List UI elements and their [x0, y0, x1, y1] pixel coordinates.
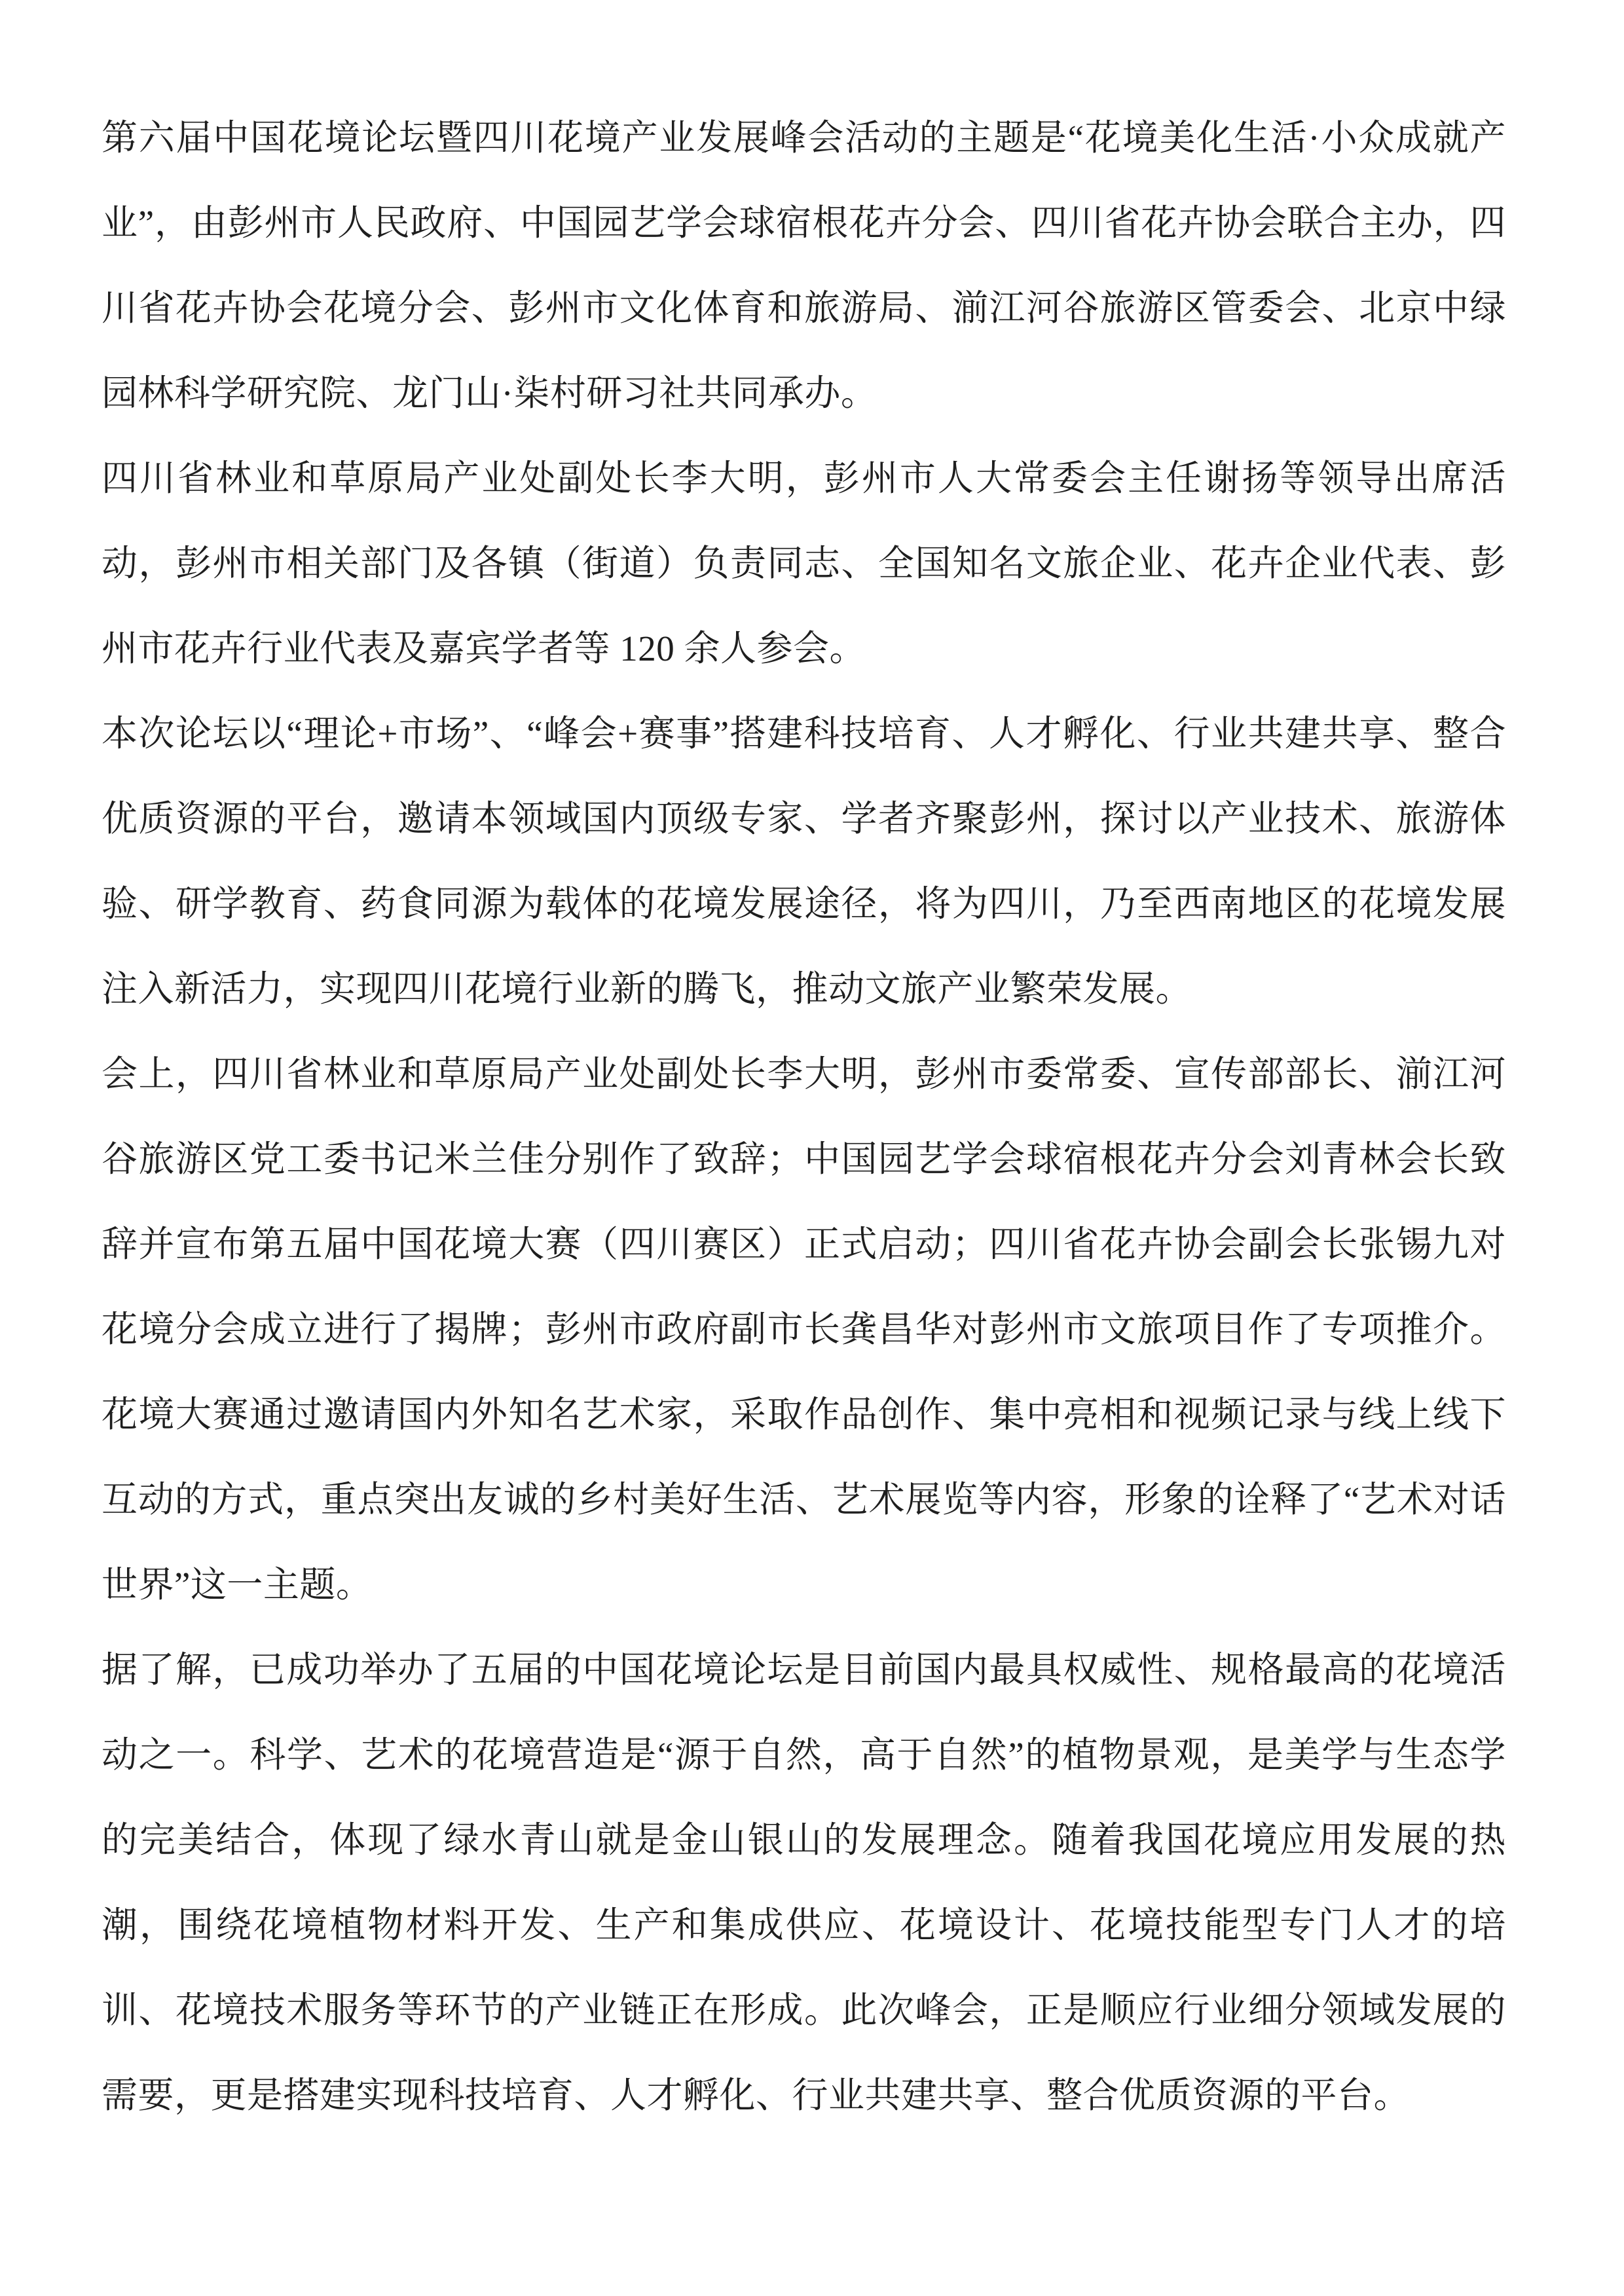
paragraph-attendees: 四川省林业和草原局产业处副处长李大明，彭州市人大常委会主任谢扬等领导出席活动，彭…: [101, 436, 1506, 691]
paragraph-forum-platform: 本次论坛以“理论+市场”、“峰会+赛事”搭建科技培育、人才孵化、行业共建共享、整…: [101, 691, 1506, 1032]
paragraph-background: 据了解，已成功举办了五届的中国花境论坛是目前国内最具权威性、规格最高的花境活动之…: [101, 1628, 1506, 2138]
article-body: 第六届中国花境论坛暨四川花境产业发展峰会活动的主题是“花境美化生活·小众成就产业…: [101, 96, 1506, 2138]
document-page: 第六届中国花境论坛暨四川花境产业发展峰会活动的主题是“花境美化生活·小众成就产业…: [0, 0, 1624, 2296]
paragraph-ceremony: 会上，四川省林业和草原局产业处副处长李大明，彭州市委常委、宣传部部长、湔江河谷旅…: [101, 1032, 1506, 1628]
paragraph-organizers: 第六届中国花境论坛暨四川花境产业发展峰会活动的主题是“花境美化生活·小众成就产业…: [101, 96, 1506, 436]
